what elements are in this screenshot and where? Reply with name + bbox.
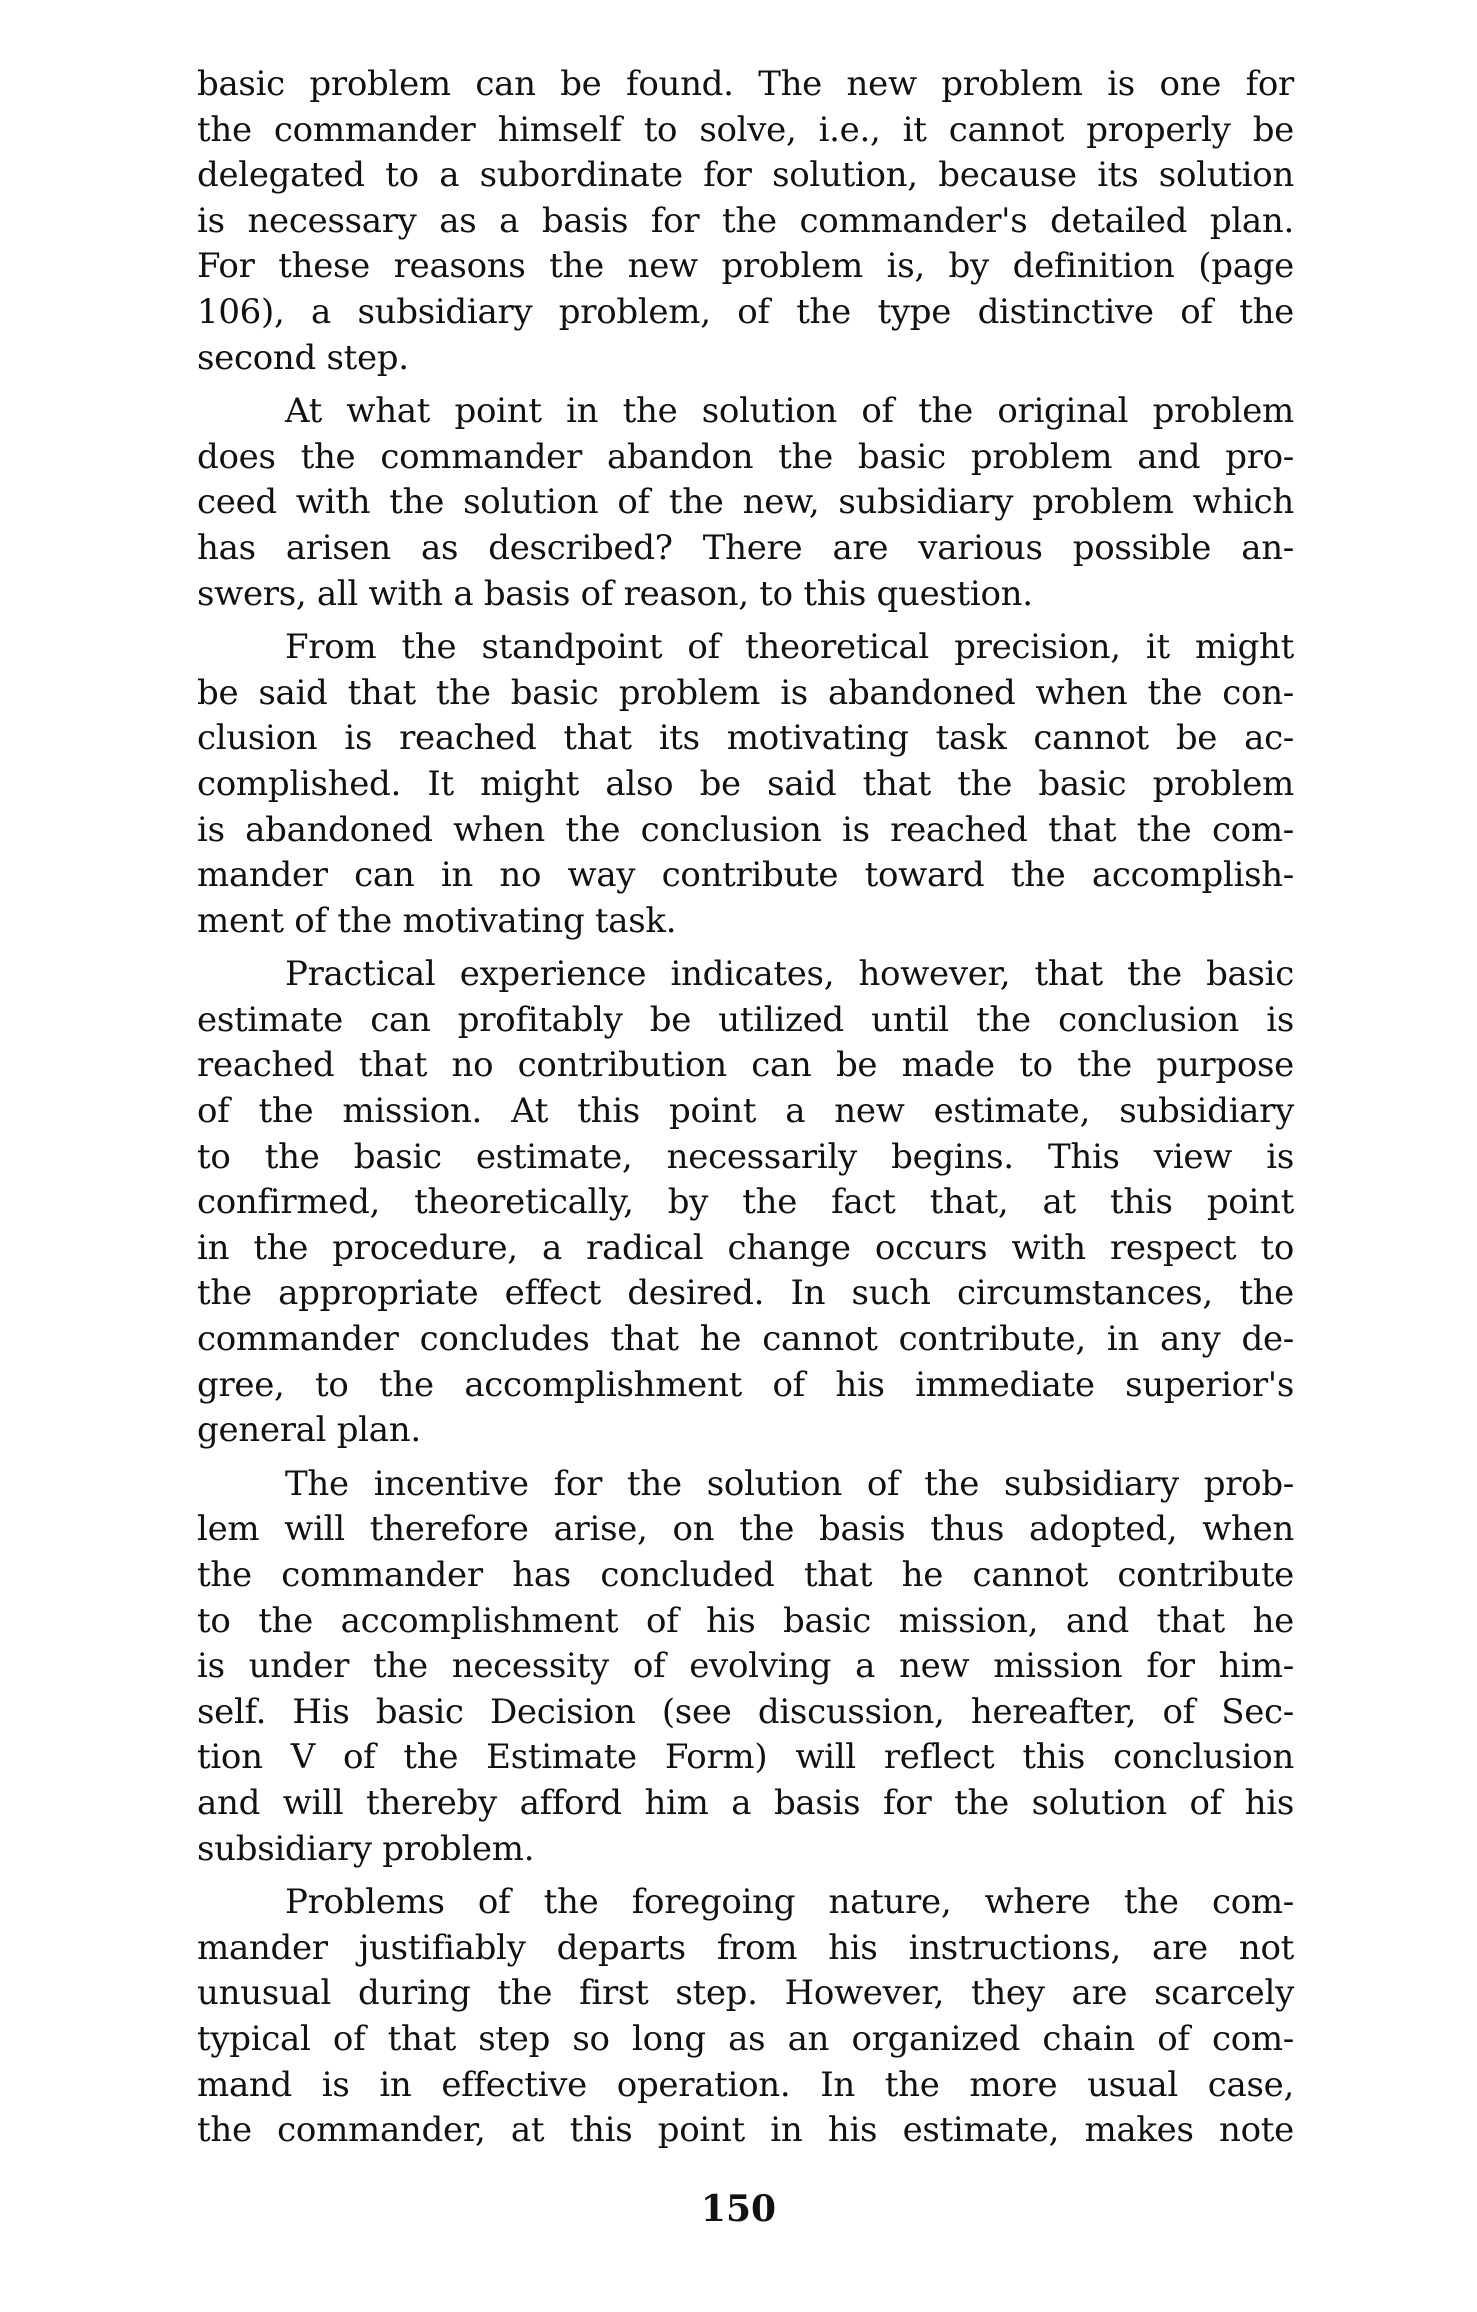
text-line: delegated to a subordinate for solution,… (197, 153, 1294, 199)
text-line: complished. It might also be said that t… (197, 762, 1294, 808)
paragraph: Practical experience indicates, however,… (197, 952, 1294, 1454)
text-line: self. His basic Decision (see discussion… (197, 1690, 1294, 1736)
text-line: basic problem can be found. The new prob… (197, 62, 1294, 108)
text-line: gree, to the accomplishment of his immed… (197, 1363, 1294, 1409)
text-line: the commander, at this point in his esti… (197, 2108, 1294, 2154)
text-line: unusual during the first step. However, … (197, 1971, 1294, 2017)
text-line: to the accomplishment of his basic missi… (197, 1599, 1294, 1645)
text-line: in the procedure, a radical change occur… (197, 1226, 1294, 1272)
text-line: From the standpoint of theoretical preci… (197, 625, 1294, 671)
text-line: is abandoned when the conclusion is reac… (197, 808, 1294, 854)
text-line: confirmed, theoretically, by the fact th… (197, 1180, 1294, 1226)
paragraph: The incentive for the solution of the su… (197, 1462, 1294, 1872)
text-line: typical of that step so long as an organ… (197, 2017, 1294, 2063)
text-line: is necessary as a basis for the commande… (197, 199, 1294, 245)
text-line: Problems of the foregoing nature, where … (197, 1880, 1294, 1926)
text-line: swers, all with a basis of reason, to th… (197, 572, 1294, 618)
text-line: the appropriate effect desired. In such … (197, 1271, 1294, 1317)
text-line: mand is in effective operation. In the m… (197, 2063, 1294, 2109)
text-line: general plan. (197, 1408, 1294, 1454)
text-line: the commander himself to solve, i.e., it… (197, 108, 1294, 154)
text-line: be said that the basic problem is abando… (197, 671, 1294, 717)
text-line: subsidiary problem. (197, 1827, 1294, 1873)
paragraph: basic problem can be found. The new prob… (197, 62, 1294, 381)
text-line: does the commander abandon the basic pro… (197, 435, 1294, 481)
text-line: is under the necessity of evolving a new… (197, 1644, 1294, 1690)
text-line: Practical experience indicates, however,… (197, 952, 1294, 998)
text-line: At what point in the solution of the ori… (197, 389, 1294, 435)
text-line: lem will therefore arise, on the basis t… (197, 1507, 1294, 1553)
text-line: clusion is reached that its motivating t… (197, 716, 1294, 762)
text-line: second step. (197, 336, 1294, 382)
text-line: and will thereby afford him a basis for … (197, 1781, 1294, 1827)
paragraph: At what point in the solution of the ori… (197, 389, 1294, 617)
text-line: has arisen as described? There are vario… (197, 526, 1294, 572)
page-number: 150 (0, 2188, 1477, 2230)
text-line: commander concludes that he cannot contr… (197, 1317, 1294, 1363)
text-line: estimate can profitably be utilized unti… (197, 998, 1294, 1044)
paragraph: Problems of the foregoing nature, where … (197, 1880, 1294, 2154)
text-line: 106), a subsidiary problem, of the type … (197, 290, 1294, 336)
text-line: to the basic estimate, necessarily begin… (197, 1135, 1294, 1181)
text-line: tion V of the Estimate Form) will reflec… (197, 1735, 1294, 1781)
text-line: mander can in no way contribute toward t… (197, 853, 1294, 899)
text-line: of the mission. At this point a new esti… (197, 1089, 1294, 1135)
text-line: mander justifiably departs from his inst… (197, 1926, 1294, 1972)
text-line: ment of the motivating task. (197, 899, 1294, 945)
paragraph: From the standpoint of theoretical preci… (197, 625, 1294, 944)
text-line: The incentive for the solution of the su… (197, 1462, 1294, 1508)
text-line: the commander has concluded that he cann… (197, 1553, 1294, 1599)
text-line: ceed with the solution of the new, subsi… (197, 480, 1294, 526)
text-line: reached that no contribution can be made… (197, 1043, 1294, 1089)
text-line: For these reasons the new problem is, by… (197, 244, 1294, 290)
page-body: basic problem can be found. The new prob… (197, 62, 1294, 2162)
